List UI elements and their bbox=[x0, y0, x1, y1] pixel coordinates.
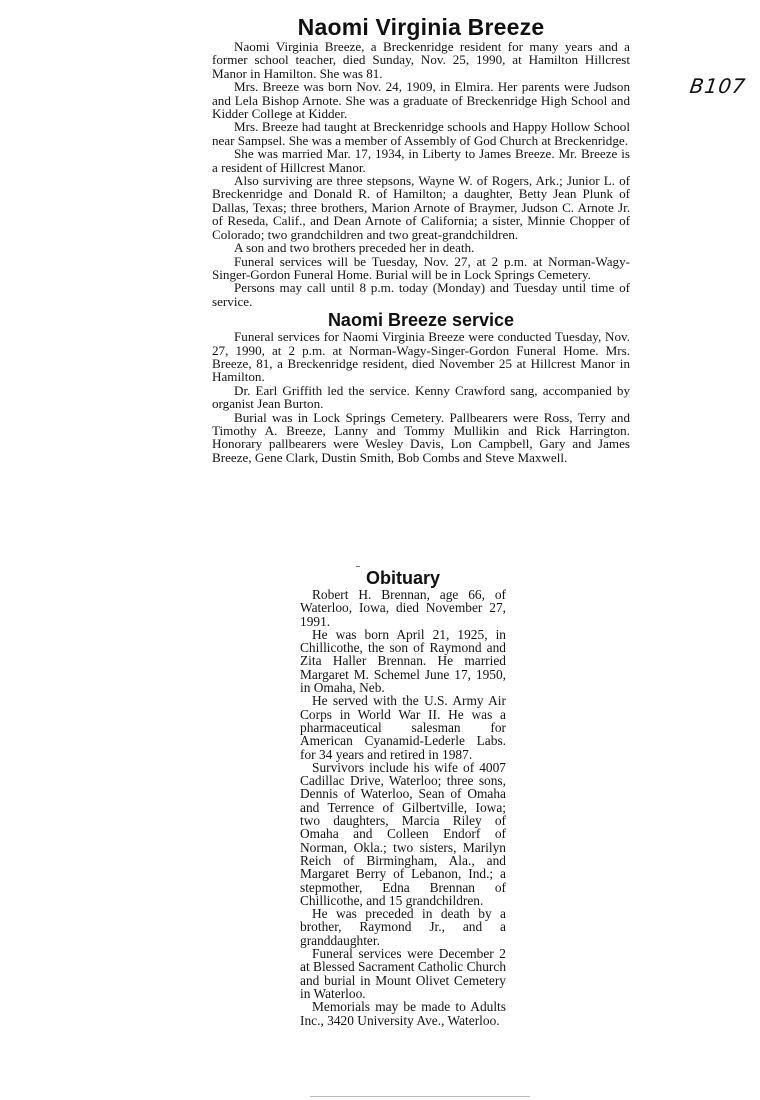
paragraph: Mrs. Breeze had taught at Breckenridge s… bbox=[212, 120, 630, 147]
paragraph: He was born April 21, 1925, in Chillicot… bbox=[300, 628, 506, 694]
paragraph: She was married Mar. 17, 1934, in Libert… bbox=[212, 147, 630, 174]
obituary-clipping-brennan: Obituary Robert H. Brennan, age 66, of W… bbox=[300, 568, 506, 1027]
paragraph: Funeral services will be Tuesday, Nov. 2… bbox=[212, 255, 630, 282]
paragraph: Memorials may be made to Adults Inc., 34… bbox=[300, 1000, 506, 1027]
headline-naomi-virginia-breeze: Naomi Virginia Breeze bbox=[212, 14, 630, 40]
scanned-page: B107 Naomi Virginia Breeze Naomi Virgini… bbox=[0, 0, 760, 1100]
scan-edge-line bbox=[310, 1096, 530, 1097]
headline-naomi-breeze-service: Naomi Breeze service bbox=[212, 310, 630, 330]
headline-obituary: Obituary bbox=[300, 568, 506, 588]
scan-speck bbox=[356, 566, 360, 567]
paragraph: Mrs. Breeze was born Nov. 24, 1909, in E… bbox=[212, 80, 630, 120]
paragraph: Also surviving are three stepsons, Wayne… bbox=[212, 174, 630, 241]
paragraph: Robert H. Brennan, age 66, of Waterloo, … bbox=[300, 588, 506, 628]
paragraph: Burial was in Lock Springs Cemetery. Pal… bbox=[212, 411, 630, 465]
paragraph: A son and two brothers preceded her in d… bbox=[212, 241, 630, 254]
paragraph: Funeral services for Naomi Virginia Bree… bbox=[212, 330, 630, 384]
paragraph: Survivors include his wife of 4007 Cadil… bbox=[300, 761, 506, 907]
paragraph: Dr. Earl Griffith led the service. Kenny… bbox=[212, 384, 630, 411]
handwritten-annotation: B107 bbox=[688, 74, 747, 98]
paragraph: He was preceded in death by a brother, R… bbox=[300, 907, 506, 947]
paragraph: Funeral services were December 2 at Bles… bbox=[300, 947, 506, 1000]
paragraph: Naomi Virginia Breeze, a Breckenridge re… bbox=[212, 40, 630, 80]
paragraph: Persons may call until 8 p.m. today (Mon… bbox=[212, 281, 630, 308]
obituary-clipping-breeze: Naomi Virginia Breeze Naomi Virginia Bre… bbox=[212, 14, 630, 464]
paragraph: He served with the U.S. Army Air Corps i… bbox=[300, 694, 506, 760]
